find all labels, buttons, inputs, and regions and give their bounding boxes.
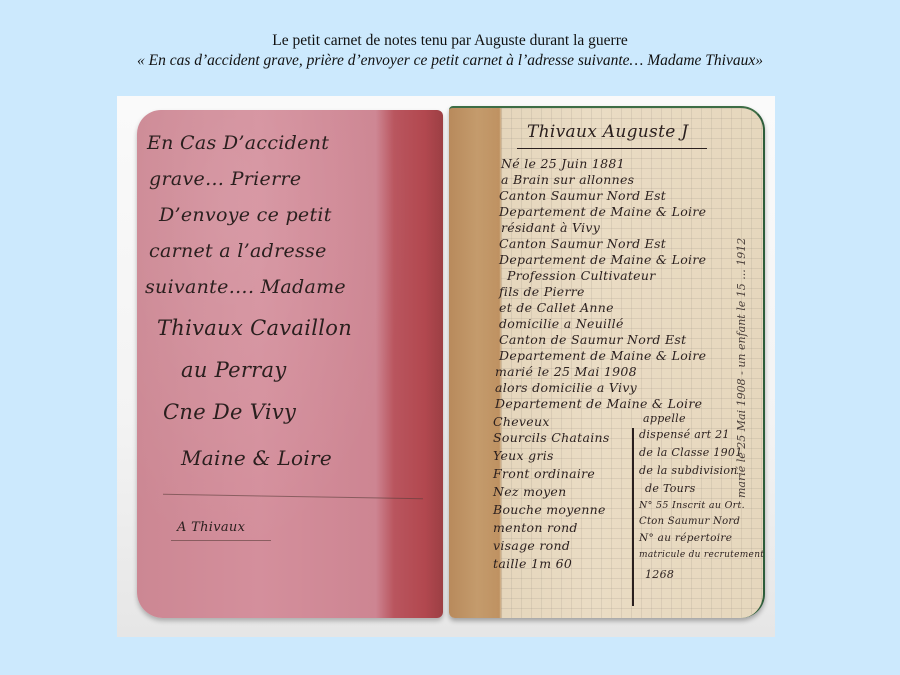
- description-line: de la subdivision: [639, 464, 738, 477]
- description-line: matricule du recrutement: [639, 550, 764, 560]
- signature: A Thivaux: [177, 520, 245, 535]
- description-line: Nez moyen: [493, 484, 566, 499]
- description-line: N° au répertoire: [639, 532, 732, 544]
- notebook-photo: En Cas D’accident grave… Prierre D’envoy…: [117, 96, 775, 637]
- handwritten-line: résidant à Vivy: [501, 220, 600, 235]
- page-heading: Thivaux Auguste J: [527, 122, 688, 142]
- handwritten-line: grave… Prierre: [149, 168, 301, 190]
- description-line: Cheveux: [493, 414, 550, 429]
- handwritten-line: a Brain sur allonnes: [501, 172, 634, 187]
- notebook-left-page: En Cas D’accident grave… Prierre D’envoy…: [137, 110, 443, 618]
- notebook-right-page: Thivaux Auguste J Né le 25 Juin 1881 a B…: [449, 106, 765, 618]
- handwritten-line: Né le 25 Juin 1881: [501, 156, 625, 171]
- handwritten-line: En Cas D’accident: [147, 132, 329, 154]
- handwritten-line: Canton de Saumur Nord Est: [499, 332, 686, 347]
- description-line: taille 1m 60: [493, 556, 572, 571]
- margin-note: marié le 25 Mai 1908 - un enfant le 15 .…: [735, 158, 748, 498]
- description-line: menton rond: [493, 520, 578, 535]
- description-line: Yeux gris: [493, 448, 554, 463]
- handwritten-line: Departement de Maine & Loire: [499, 348, 706, 363]
- description-line: appelle: [643, 412, 686, 425]
- handwritten-line: au Perray: [181, 358, 287, 382]
- description-line: Front ordinaire: [493, 466, 595, 481]
- description-line: Cton Saumur Nord: [639, 516, 740, 527]
- column-divider: [632, 428, 634, 606]
- handwritten-line: carnet a l’adresse: [149, 240, 327, 262]
- handwritten-line: Thivaux Cavaillon: [157, 316, 352, 340]
- handwritten-line: Departement de Maine & Loire: [499, 252, 706, 267]
- handwritten-line: Departement de Maine & Loire: [499, 204, 706, 219]
- handwritten-line: Canton Saumur Nord Est: [499, 188, 666, 203]
- signature-underline: [171, 540, 271, 541]
- caption-quote: « En cas d’accident grave, prière d’envo…: [0, 52, 900, 70]
- description-line: de la Classe 1901: [639, 446, 743, 459]
- handwritten-line: D’envoye ce petit: [159, 204, 332, 226]
- description-line: N° 55 Inscrit au Ort.: [639, 500, 745, 511]
- description-line: Bouche moyenne: [493, 502, 606, 517]
- handwritten-line: domicilie a Neuillé: [499, 316, 624, 331]
- handwritten-line: Departement de Maine & Loire: [495, 396, 702, 411]
- handwritten-line: suivante…. Madame: [145, 276, 346, 298]
- description-line: visage rond: [493, 538, 570, 553]
- heading-underline: [517, 148, 707, 149]
- handwritten-line: Maine & Loire: [181, 446, 332, 470]
- handwritten-line: fils de Pierre: [499, 284, 585, 299]
- description-line: dispensé art 21: [639, 428, 730, 441]
- description-line: 1268: [645, 568, 674, 581]
- handwritten-line: alors domicilie a Vivy: [495, 380, 637, 395]
- description-line: de Tours: [645, 482, 696, 495]
- handwritten-line: Cne De Vivy: [163, 400, 296, 424]
- description-line: Sourcils Chatains: [493, 430, 610, 445]
- handwritten-line: et de Callet Anne: [499, 300, 614, 315]
- handwritten-line: Profession Cultivateur: [507, 268, 656, 283]
- handwritten-line: marié le 25 Mai 1908: [495, 364, 637, 379]
- caption-title: Le petit carnet de notes tenu par August…: [0, 32, 900, 50]
- divider-line: [163, 494, 423, 500]
- handwritten-line: Canton Saumur Nord Est: [499, 236, 666, 251]
